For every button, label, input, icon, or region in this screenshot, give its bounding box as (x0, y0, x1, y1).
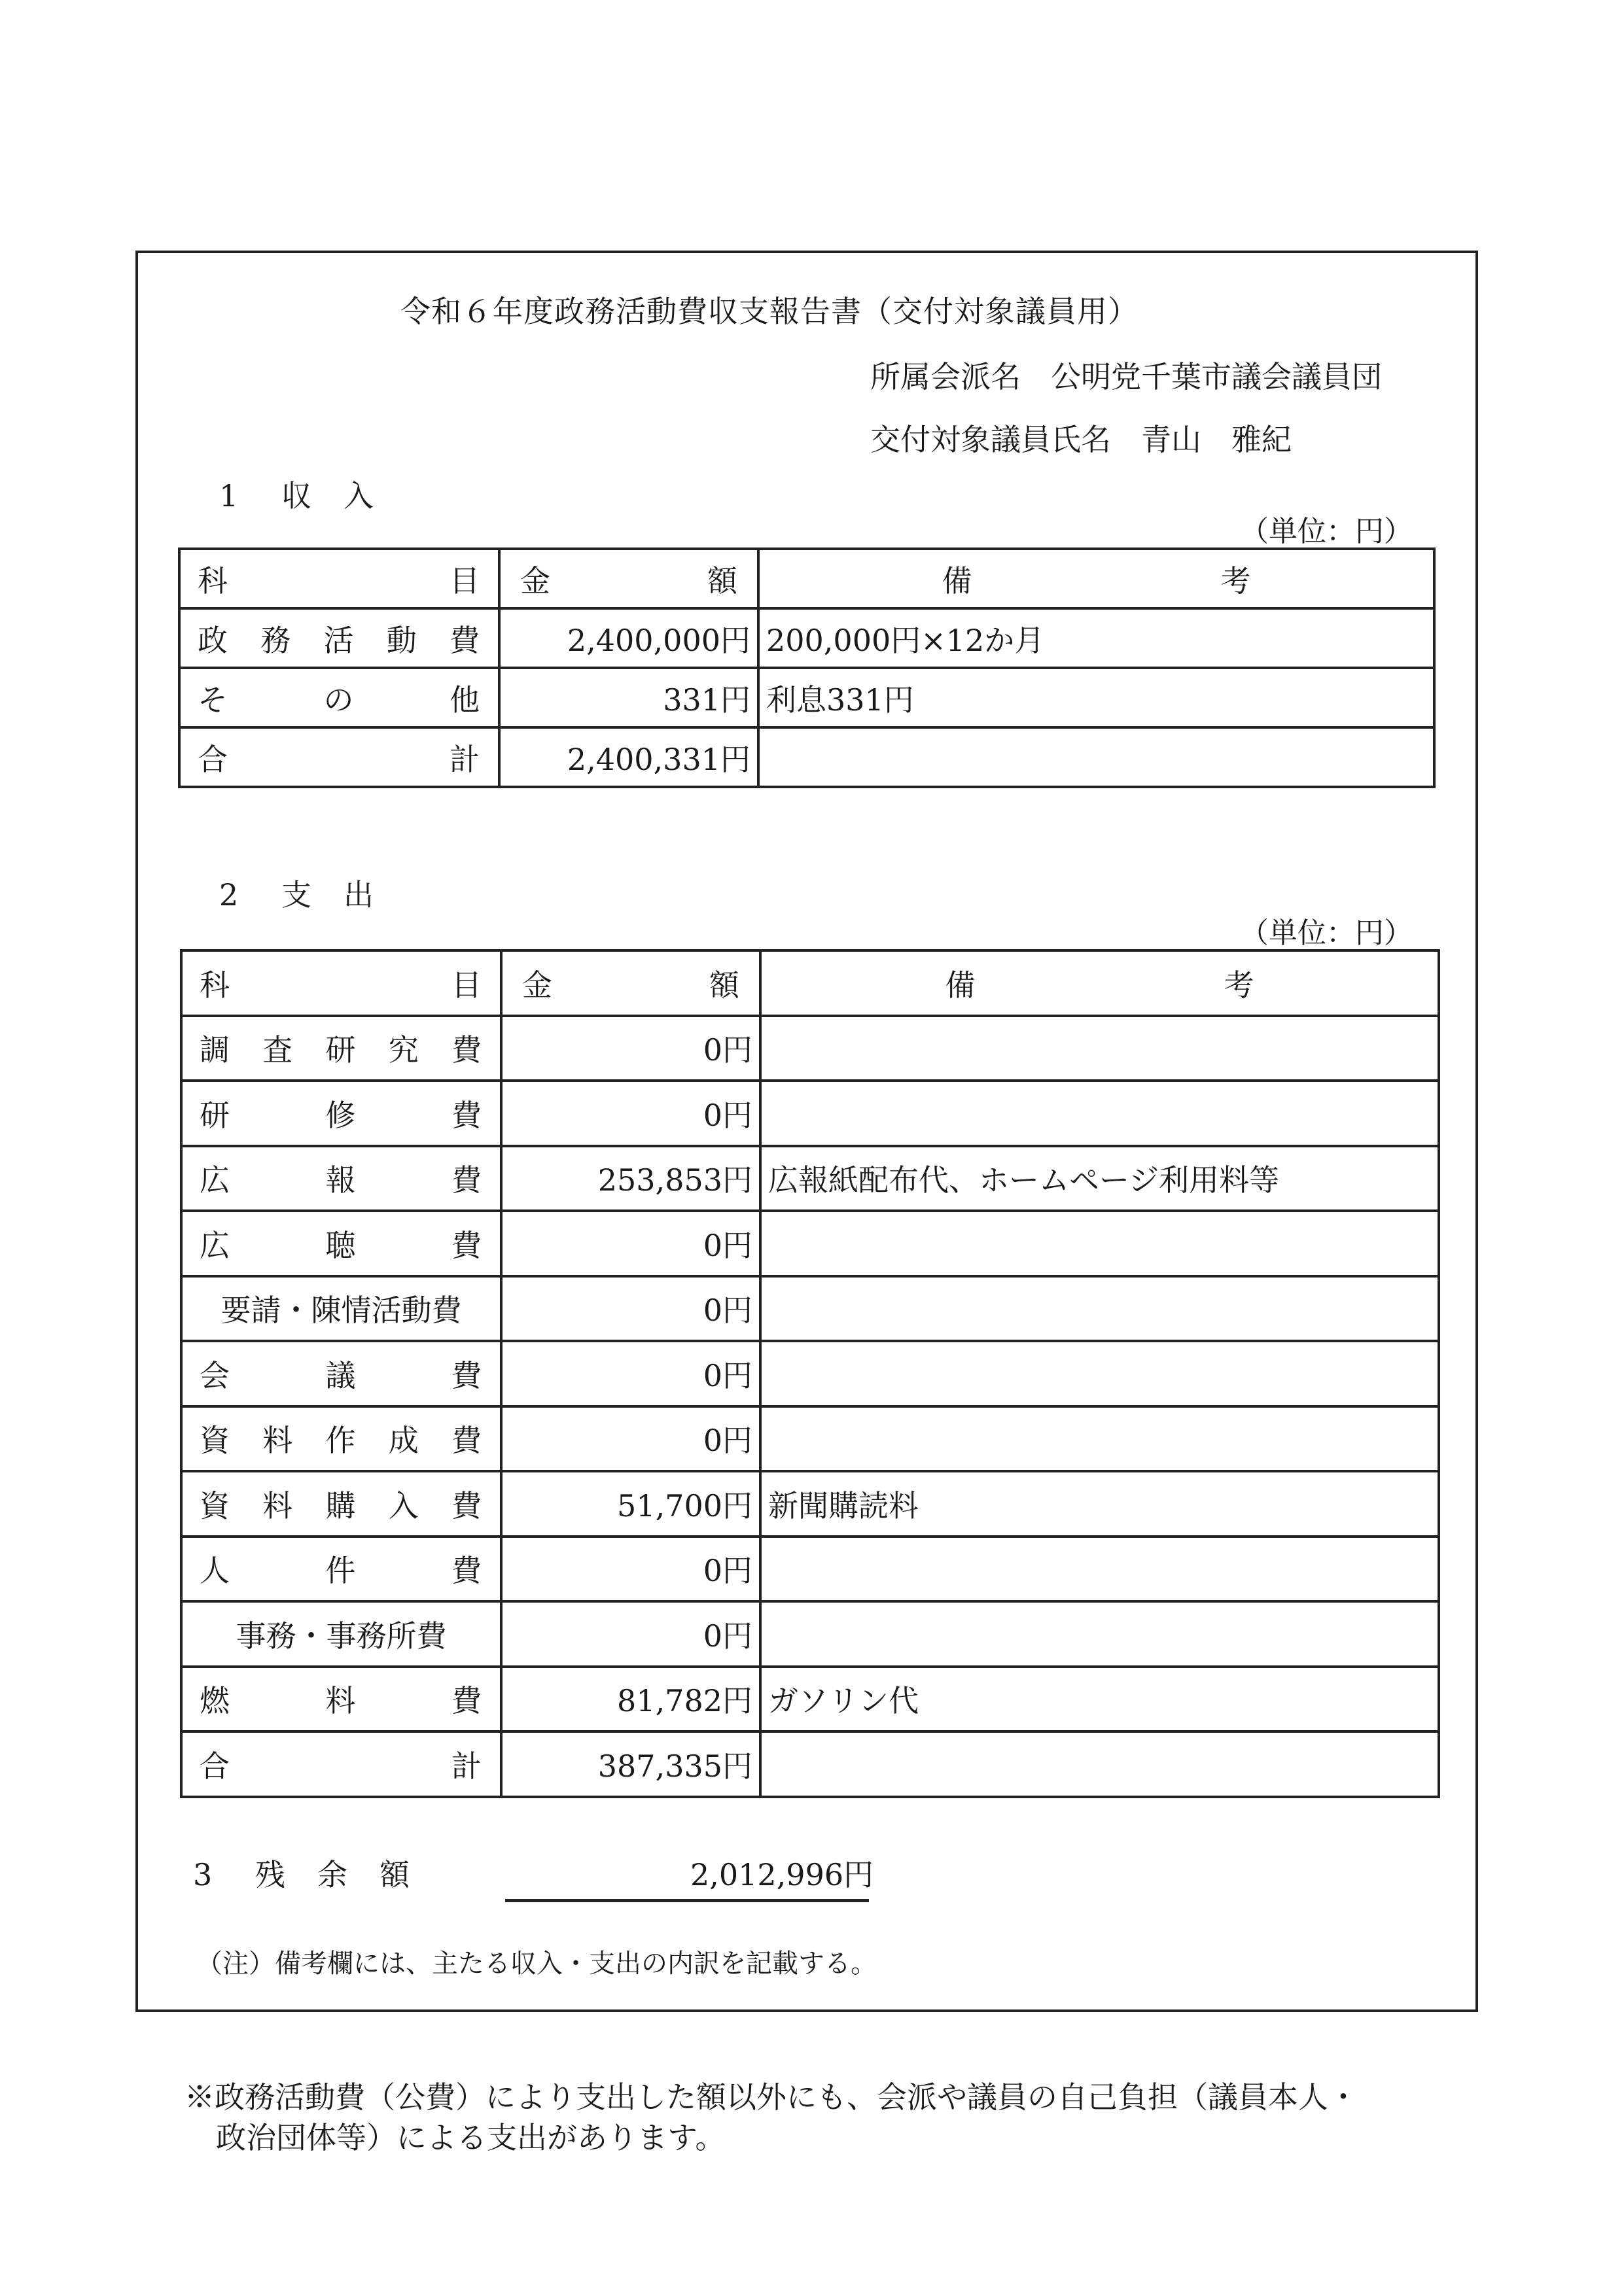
table-row: 政務活動費 2,400,000円 200,000円×12か月 (179, 608, 1434, 668)
subject-cell: その他 (179, 668, 499, 727)
expenditure-table: 科目 金額 備考 調査研究費0円研修費0円広報費253,853円広報紙配布代、ホ… (180, 949, 1440, 1798)
header-subject: 科目 (181, 950, 501, 1016)
remainder-label-char: 残 (255, 1851, 317, 1894)
amount-cell: 0円 (501, 1211, 760, 1276)
subject-cell: 合計 (179, 727, 499, 787)
amount-cell: 0円 (501, 1276, 760, 1342)
remainder-label: 3残余額 (193, 1851, 442, 1894)
header-subject: 科目 (179, 549, 499, 608)
subject-cell: 政務活動費 (179, 608, 499, 668)
header-memo: 備考 (760, 950, 1439, 1016)
memo-cell: 200,000円×12か月 (758, 608, 1434, 668)
memo-cell (760, 1537, 1439, 1602)
table-row: その他 331円 利息331円 (179, 668, 1434, 727)
amount-cell: 81,782円 (501, 1667, 760, 1732)
expenditure-heading-char: 支 (281, 871, 344, 914)
memo-cell (760, 1341, 1439, 1406)
header-amount: 金額 (501, 950, 760, 1016)
subject-cell: 資料作成費 (181, 1406, 501, 1472)
subject-cell: 調査研究費 (181, 1016, 501, 1081)
table-row: 人件費0円 (181, 1537, 1439, 1602)
income-table: 科目 金額 備考 政務活動費 2,400,000円 200,000円×12か月 … (178, 548, 1436, 788)
amount-cell: 331円 (499, 668, 758, 727)
subject-cell: 研修費 (181, 1081, 501, 1146)
amount-cell: 2,400,331円 (499, 727, 758, 787)
table-row-total: 合計 2,400,331円 (179, 727, 1434, 787)
memo-cell (760, 1406, 1439, 1472)
remainder-label-char: 額 (380, 1851, 442, 1894)
income-heading-char: 入 (344, 472, 406, 515)
table-header-row: 科目 金額 備考 (179, 549, 1434, 608)
subject-cell: 燃料費 (181, 1667, 501, 1732)
subject-cell: 会議費 (181, 1341, 501, 1406)
subject-cell: 人件費 (181, 1537, 501, 1602)
table-row-total: 合計387,335円 (181, 1731, 1439, 1797)
remainder-label-char: 余 (317, 1851, 380, 1894)
subject-cell: 広報費 (181, 1146, 501, 1211)
table-row: 広聴費0円 (181, 1211, 1439, 1276)
remarks-note: （注）備考欄には、主たる収入・支出の内訳を記載する。 (196, 1943, 877, 1980)
expenditure-heading-char: 出 (344, 871, 406, 914)
amount-cell: 0円 (501, 1081, 760, 1146)
memo-cell (758, 727, 1434, 787)
header-amount: 金額 (499, 549, 758, 608)
table-row: 会議費0円 (181, 1341, 1439, 1406)
memo-cell: ガソリン代 (760, 1667, 1439, 1732)
amount-cell: 0円 (501, 1406, 760, 1472)
member-family-name: 青山 (1141, 422, 1201, 457)
subject-cell: 合計 (181, 1731, 501, 1797)
document-title: 令和６年度政務活動費収支報告書（交付対象議員用） (400, 288, 1139, 331)
table-row: 事務・事務所費0円 (181, 1601, 1439, 1667)
member-given-name: 雅紀 (1231, 422, 1292, 457)
table-header-row: 科目 金額 備考 (181, 950, 1439, 1016)
income-unit: （単位：円） (1240, 508, 1413, 549)
memo-cell (760, 1731, 1439, 1797)
memo-cell (760, 1016, 1439, 1081)
affiliation-value: 公明党千葉市議会議員団 (1051, 359, 1382, 394)
table-row: 資料作成費0円 (181, 1406, 1439, 1472)
income-section-number: 1 (219, 478, 281, 513)
amount-cell: 0円 (501, 1341, 760, 1406)
subject-cell: 資料購入費 (181, 1471, 501, 1537)
affiliation-line: 所属会派名公明党千葉市議会議員団 (870, 353, 1382, 396)
subject-cell: 事務・事務所費 (181, 1601, 501, 1667)
memo-cell (760, 1601, 1439, 1667)
header-memo: 備考 (758, 549, 1434, 608)
amount-cell: 0円 (501, 1537, 760, 1602)
table-row: 研修費0円 (181, 1081, 1439, 1146)
income-heading: 1収入 (219, 472, 406, 515)
memo-cell (760, 1276, 1439, 1342)
memo-cell: 利息331円 (758, 668, 1434, 727)
amount-cell: 51,700円 (501, 1471, 760, 1537)
amount-cell: 0円 (501, 1016, 760, 1081)
expenditure-unit: （単位：円） (1240, 909, 1413, 951)
member-label: 交付対象議員氏名 (870, 422, 1111, 457)
memo-cell (760, 1081, 1439, 1146)
memo-cell (760, 1211, 1439, 1276)
amount-cell: 387,335円 (501, 1731, 760, 1797)
member-line: 交付対象議員氏名青山雅紀 (870, 416, 1292, 459)
remainder-section-number: 3 (193, 1857, 255, 1892)
footer-line-2: 政治団体等）による支出があります。 (216, 2114, 725, 2157)
table-row: 資料購入費51,700円新聞購読料 (181, 1471, 1439, 1537)
subject-cell: 広聴費 (181, 1211, 501, 1276)
subject-cell: 要請・陳情活動費 (181, 1276, 501, 1342)
expenditure-section-number: 2 (219, 877, 281, 913)
amount-cell: 2,400,000円 (499, 608, 758, 668)
remainder-underline (505, 1899, 869, 1902)
affiliation-label: 所属会派名 (870, 359, 1021, 394)
remainder-value: 2,012,996円 (690, 1851, 874, 1894)
expenditure-heading: 2支出 (219, 871, 406, 914)
table-row: 広報費253,853円広報紙配布代、ホームページ利用料等 (181, 1146, 1439, 1211)
income-heading-char: 収 (281, 472, 344, 515)
table-row: 要請・陳情活動費0円 (181, 1276, 1439, 1342)
table-row: 調査研究費0円 (181, 1016, 1439, 1081)
memo-cell: 広報紙配布代、ホームページ利用料等 (760, 1146, 1439, 1211)
footer-line-1: ※政務活動費（公費）により支出した額以外にも、会派や議員の自己負担（議員本人・ (185, 2074, 1358, 2117)
memo-cell: 新聞購読料 (760, 1471, 1439, 1537)
amount-cell: 253,853円 (501, 1146, 760, 1211)
table-row: 燃料費81,782円ガソリン代 (181, 1667, 1439, 1732)
amount-cell: 0円 (501, 1601, 760, 1667)
